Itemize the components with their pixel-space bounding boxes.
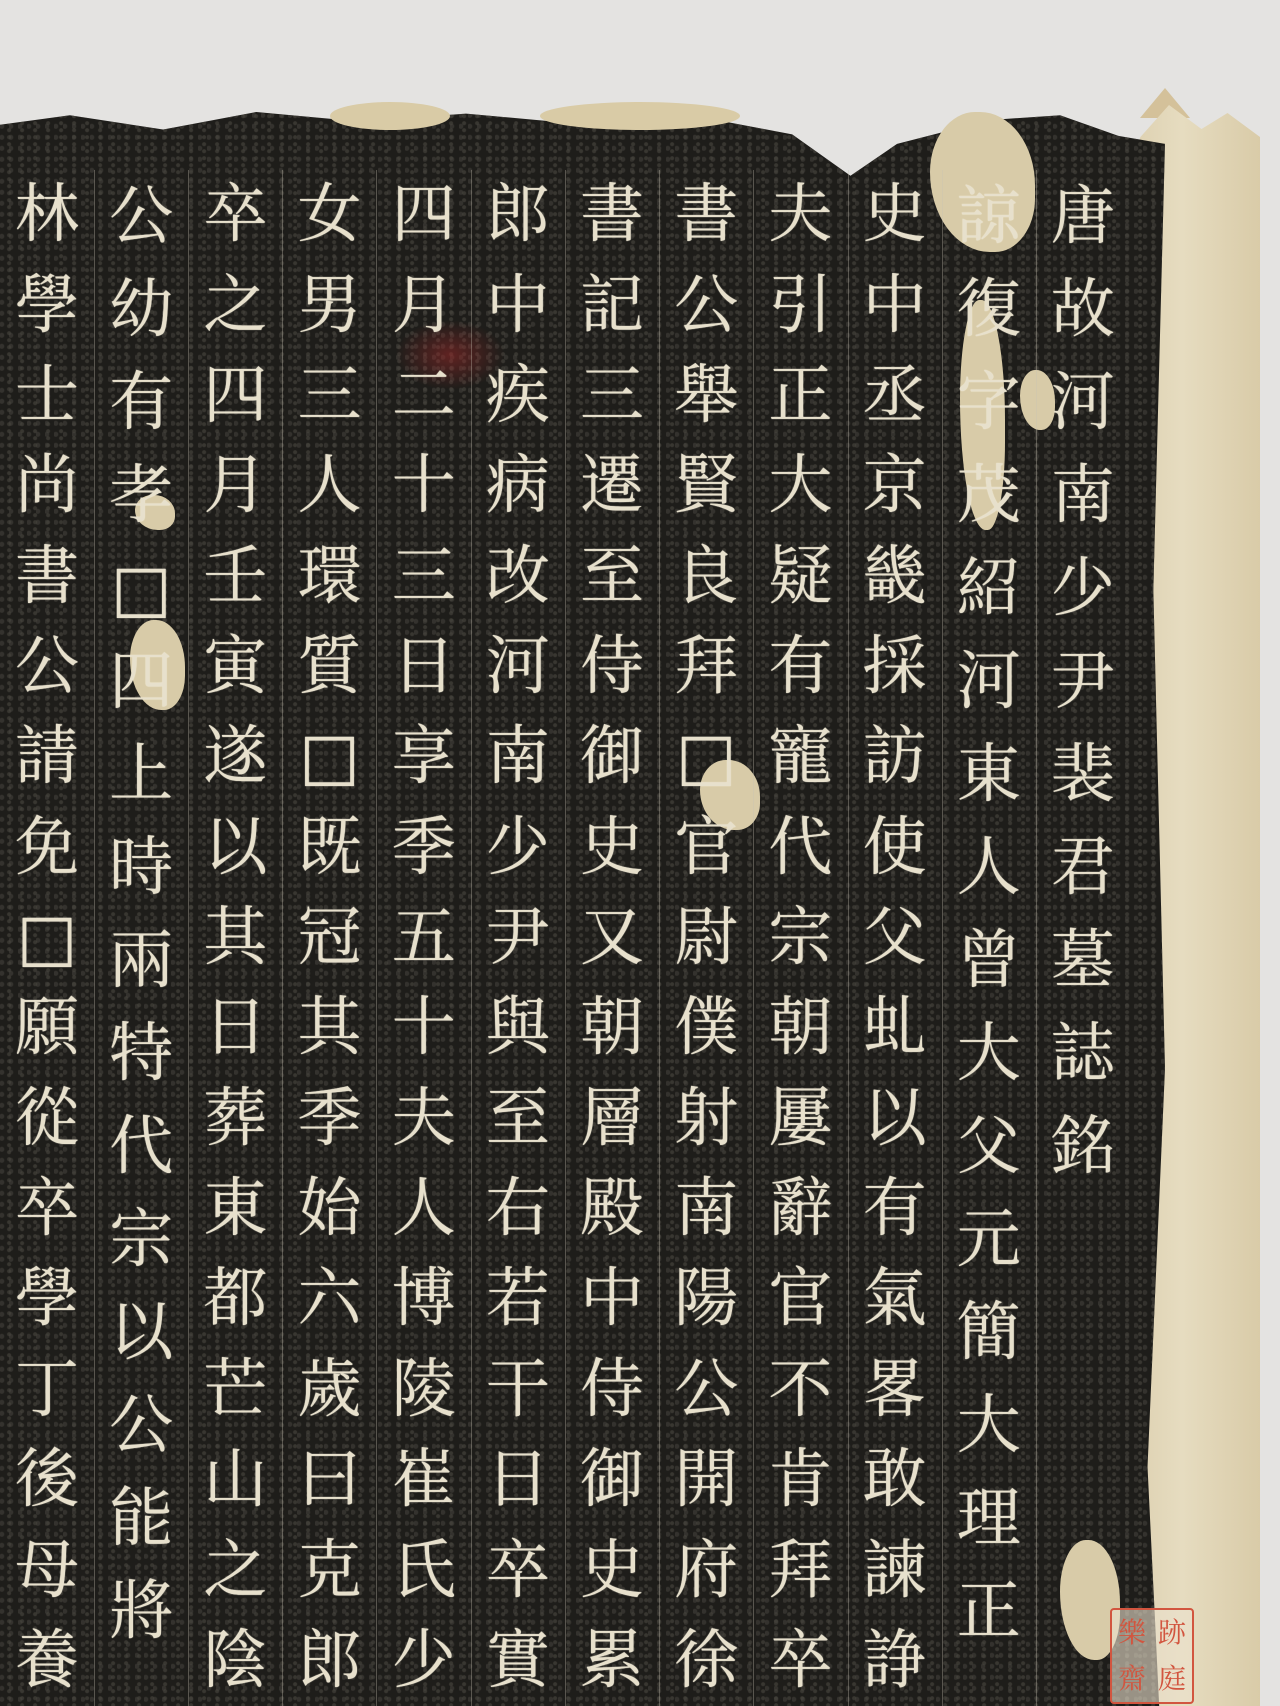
seal-char: 樂	[1112, 1610, 1152, 1656]
inscription-character: 日	[471, 1435, 565, 1525]
edge-wear	[330, 102, 450, 130]
inscription-character: 開	[659, 1435, 753, 1525]
inscription-character: □	[283, 712, 377, 802]
inscription-character: 官	[753, 1254, 847, 1344]
inscription-character: 諫	[848, 1525, 942, 1615]
inscription-character: 府	[659, 1525, 753, 1615]
inscription-column: 史中丞京畿採訪使父虬以有氣畧敢諫諍	[847, 170, 941, 1706]
inscription-character: 質	[283, 622, 377, 712]
inscription-character: 孝	[94, 449, 188, 542]
inscription-character: 南	[659, 1164, 753, 1254]
inscription-character: 南	[1036, 449, 1130, 542]
inscription-character: 正	[942, 1565, 1036, 1658]
inscription-character: 病	[471, 441, 565, 531]
inscription-character: 特	[94, 1007, 188, 1100]
inscription-character: 唐	[1036, 170, 1130, 263]
inscription-character: 學	[0, 1254, 94, 1344]
inscription-character: 代	[94, 1100, 188, 1193]
inscription-character: 從	[0, 1074, 94, 1164]
inscription-character: 賢	[659, 441, 753, 531]
inscription-character: 將	[94, 1565, 188, 1658]
seal-char: 庭	[1152, 1656, 1192, 1702]
inscription-character: 四	[94, 635, 188, 728]
inscription-character: 引	[753, 260, 847, 350]
inscription-column: 公幼有孝□四上時兩特代宗以公能將	[94, 170, 188, 1706]
inscription-character: 誌	[1036, 1007, 1130, 1100]
inscription-column: 郎中疾病改河南少尹與至右若干日卒實	[471, 170, 565, 1706]
inscription-character: 克	[283, 1525, 377, 1615]
inscription-character: 中	[471, 260, 565, 350]
inscription-character: 免	[0, 803, 94, 893]
inscription-character: 銘	[1036, 1100, 1130, 1193]
inscription-character: 公	[94, 170, 188, 263]
inscription-character: 河	[1036, 356, 1130, 449]
inscription-character: 卒	[0, 1164, 94, 1254]
inscription-character: 簡	[942, 1286, 1036, 1379]
inscription-character: 博	[377, 1254, 471, 1344]
inscription-character: 若	[471, 1254, 565, 1344]
inscription-character: 能	[94, 1472, 188, 1565]
inscription-character: 訪	[848, 712, 942, 802]
inscription-character: 河	[942, 635, 1036, 728]
inscription-character: 其	[283, 983, 377, 1073]
inscription-character: 少	[377, 1616, 471, 1706]
inscription-character: 日	[377, 622, 471, 712]
inscription-character: 既	[283, 803, 377, 893]
inscription-character: 字	[942, 356, 1036, 449]
inscription-character: 史	[565, 803, 659, 893]
edge-wear	[540, 102, 740, 130]
inscription-character: 卒	[188, 170, 282, 260]
inscription-character: 卒	[753, 1616, 847, 1706]
inscription-character: 六	[283, 1254, 377, 1344]
inscription-character: 三	[283, 351, 377, 441]
inscription-character: 復	[942, 263, 1036, 356]
inscription-column: 書公舉賢良拜□官尉僕射南陽公開府徐	[659, 170, 753, 1706]
inscription-character: 人	[942, 821, 1036, 914]
inscription-character: 四	[188, 351, 282, 441]
inscription-character: 四	[377, 170, 471, 260]
inscription-character: 兩	[94, 914, 188, 1007]
inscription-character: 時	[94, 821, 188, 914]
inscription-character: 女	[283, 170, 377, 260]
inscription-character: 公	[659, 260, 753, 350]
inscription-character: 歲	[283, 1345, 377, 1435]
inscription-character: 僕	[659, 983, 753, 1073]
inscription-character: 侍	[565, 1345, 659, 1435]
inscription-character: 郎	[471, 170, 565, 260]
inscription-character: 書	[0, 531, 94, 621]
inscription-character: 書	[565, 170, 659, 260]
inscription-character: 尹	[471, 893, 565, 983]
inscription-character: 日	[188, 983, 282, 1073]
inscription-character: 都	[188, 1254, 282, 1344]
inscription-character: 公	[94, 1379, 188, 1472]
inscription-character: 人	[283, 441, 377, 531]
inscription-column: 卒之四月壬寅遂以其日葬東都芒山之陰	[188, 170, 282, 1706]
inscription-character: 丞	[848, 351, 942, 441]
inscription-character: 故	[1036, 263, 1130, 356]
inscription-character: 紹	[942, 542, 1036, 635]
inscription-character: 敢	[848, 1435, 942, 1525]
inscription-character: 拜	[659, 622, 753, 712]
inscription-character: 御	[565, 1435, 659, 1525]
inscription-character: 環	[283, 531, 377, 621]
inscription-character: 夫	[377, 1074, 471, 1164]
inscription-character: 陰	[188, 1616, 282, 1706]
inscription-character: 父	[848, 893, 942, 983]
inscription-character: 三	[565, 351, 659, 441]
inscription-character: 大	[942, 1007, 1036, 1100]
inscription-character: 後	[0, 1435, 94, 1525]
inscription-character: 卒	[471, 1525, 565, 1615]
inscription-column: 林學士尚書公請免□願從卒學丁後母養	[0, 170, 94, 1706]
inscription-character: 冠	[283, 893, 377, 983]
inscription-character: 東	[188, 1164, 282, 1254]
inscription-character: 上	[94, 728, 188, 821]
inscription-character: 又	[565, 893, 659, 983]
inscription-character: 季	[283, 1074, 377, 1164]
inscription-character: 父	[942, 1100, 1036, 1193]
inscription-column: 女男三人環質□既冠其季始六歲曰克郎	[282, 170, 376, 1706]
inscription-character: 公	[659, 1345, 753, 1435]
inscription-character: 記	[565, 260, 659, 350]
inscription-character: 月	[377, 260, 471, 350]
inscription-character: 壬	[188, 531, 282, 621]
inscription-character: 肯	[753, 1435, 847, 1525]
inscription-character: 拜	[753, 1525, 847, 1615]
inscription-character: 曾	[942, 914, 1036, 1007]
seal-char: 跡	[1152, 1610, 1192, 1656]
inscription-character: 右	[471, 1164, 565, 1254]
inscription-character: 宗	[753, 893, 847, 983]
inscription-character: 實	[471, 1616, 565, 1706]
inscription-character: 享	[377, 712, 471, 802]
inscription-character: 辭	[753, 1164, 847, 1254]
inscription-character: 君	[1036, 821, 1130, 914]
inscription-character: 少	[1036, 542, 1130, 635]
inscription-character: 累	[565, 1616, 659, 1706]
inscription-character: 使	[848, 803, 942, 893]
inscription-character: 疾	[471, 351, 565, 441]
inscription-character: 季	[377, 803, 471, 893]
inscription-character: 良	[659, 531, 753, 621]
inscription-character: 少	[471, 803, 565, 893]
inscription-character: 徐	[659, 1616, 753, 1706]
inscription-character: 御	[565, 712, 659, 802]
inscription-character: 有	[848, 1164, 942, 1254]
inscription-character: 葬	[188, 1074, 282, 1164]
inscription-character: 疑	[753, 531, 847, 621]
inscription-character: 史	[565, 1525, 659, 1615]
inscription-character: 氣	[848, 1254, 942, 1344]
inscription: 唐故河南少尹裴君墓誌銘諒復字茂紹河東人曾大父元簡大理正史中丞京畿採訪使父虬以有氣…	[0, 170, 1130, 1706]
inscription-character: 元	[942, 1193, 1036, 1286]
inscription-character: 幼	[94, 263, 188, 356]
inscription-character: 殿	[565, 1164, 659, 1254]
collector-seal: 樂 跡 齋 庭	[1110, 1608, 1194, 1704]
inscription-character: 裴	[1036, 728, 1130, 821]
inscription-character: 中	[565, 1254, 659, 1344]
inscription-character: 尉	[659, 893, 753, 983]
inscription-character: 史	[848, 170, 942, 260]
inscription-character: 南	[471, 712, 565, 802]
inscription-character: 諒	[942, 170, 1036, 263]
inscription-character: 至	[471, 1074, 565, 1164]
inscription-character: 願	[0, 983, 94, 1073]
inscription-character: 母	[0, 1525, 94, 1615]
inscription-character: 公	[0, 622, 94, 712]
inscription-character: 氏	[377, 1525, 471, 1615]
inscription-character: 代	[753, 803, 847, 893]
inscription-character: 宗	[94, 1193, 188, 1286]
inscription-character: 河	[471, 622, 565, 712]
inscription-character: 崔	[377, 1435, 471, 1525]
inscription-character: 諍	[848, 1616, 942, 1706]
inscription-character: 改	[471, 531, 565, 621]
inscription-character: 官	[659, 803, 753, 893]
inscription-character: 夫	[753, 170, 847, 260]
seal-char: 齋	[1112, 1656, 1152, 1702]
inscription-character: 中	[848, 260, 942, 350]
inscription-character: 大	[753, 441, 847, 531]
inscription-character: 十	[377, 983, 471, 1073]
inscription-character: 陵	[377, 1345, 471, 1435]
inscription-character: 學	[0, 260, 94, 350]
inscription-character: 遷	[565, 441, 659, 531]
inscription-character: 山	[188, 1435, 282, 1525]
inscription-character: 朝	[565, 983, 659, 1073]
inscription-character: 正	[753, 351, 847, 441]
inscription-character: 請	[0, 712, 94, 802]
inscription-character: 理	[942, 1472, 1036, 1565]
inscription-character: 畿	[848, 531, 942, 621]
inscription-character: 男	[283, 260, 377, 350]
inscription-character: 士	[0, 351, 94, 441]
inscription-character: 與	[471, 983, 565, 1073]
inscription-character: 屢	[753, 1074, 847, 1164]
inscription-character: 虬	[848, 983, 942, 1073]
inscription-character: 以	[94, 1286, 188, 1379]
inscription-character: 侍	[565, 622, 659, 712]
inscription-character: 不	[753, 1345, 847, 1435]
inscription-character: 陽	[659, 1254, 753, 1344]
inscription-character: 京	[848, 441, 942, 531]
inscription-character: 月	[188, 441, 282, 531]
inscription-character: 人	[377, 1164, 471, 1254]
inscription-character: 養	[0, 1616, 94, 1706]
inscription-character: 始	[283, 1164, 377, 1254]
inscription-column: 夫引正大疑有寵代宗朝屢辭官不肯拜卒	[753, 170, 847, 1706]
inscription-column: 書記三遷至侍御史又朝層殿中侍御史累	[565, 170, 659, 1706]
inscription-character: 畧	[848, 1345, 942, 1435]
inscription-character: □	[94, 542, 188, 635]
inscription-character: □	[659, 712, 753, 802]
inscription-character: 射	[659, 1074, 753, 1164]
inscription-character: 寵	[753, 712, 847, 802]
inscription-character: 遂	[188, 712, 282, 802]
inscription-character: 以	[848, 1074, 942, 1164]
inscription-character: 之	[188, 1525, 282, 1615]
inscription-character: 干	[471, 1345, 565, 1435]
inscription-character: 層	[565, 1074, 659, 1164]
inscription-character: 以	[188, 803, 282, 893]
inscription-character: 朝	[753, 983, 847, 1073]
inscription-column: 四月二十三日享季五十夫人博陵崔氏少	[377, 170, 471, 1706]
inscription-character: 二	[377, 351, 471, 441]
inscription-character: 丁	[0, 1345, 94, 1435]
inscription-character: 曰	[283, 1435, 377, 1525]
inscription-character: 墓	[1036, 914, 1130, 1007]
inscription-character: 五	[377, 893, 471, 983]
inscription-column: 唐故河南少尹裴君墓誌銘	[1036, 170, 1130, 1706]
inscription-character: 東	[942, 728, 1036, 821]
inscription-character: 林	[0, 170, 94, 260]
inscription-character: 十	[377, 441, 471, 531]
inscription-character: 舉	[659, 351, 753, 441]
inscription-character: 茂	[942, 449, 1036, 542]
inscription-character: 大	[942, 1379, 1036, 1472]
inscription-character: 寅	[188, 622, 282, 712]
inscription-character: 其	[188, 893, 282, 983]
inscription-character: □	[0, 893, 94, 983]
inscription-character: 有	[94, 356, 188, 449]
inscription-character: 尹	[1036, 635, 1130, 728]
inscription-character: 芒	[188, 1345, 282, 1435]
inscription-column: 諒復字茂紹河東人曾大父元簡大理正	[942, 170, 1036, 1706]
inscription-character: 至	[565, 531, 659, 621]
inscription-character: 尚	[0, 441, 94, 531]
inscription-character: 採	[848, 622, 942, 712]
inscription-character: 之	[188, 260, 282, 350]
inscription-character: 三	[377, 531, 471, 621]
inscription-character: 郎	[283, 1616, 377, 1706]
inscription-character: 書	[659, 170, 753, 260]
inscription-character: 有	[753, 622, 847, 712]
